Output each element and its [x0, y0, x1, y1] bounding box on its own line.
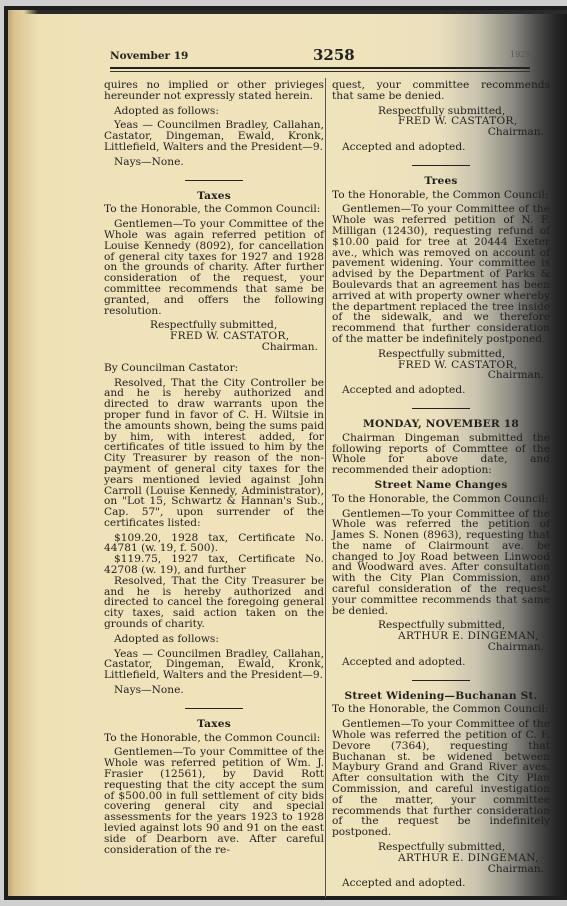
- section-separator: [412, 408, 470, 409]
- closing: Respectfully submitted,: [332, 349, 550, 360]
- date-heading: MONDAY, NOVEMBER 18: [332, 419, 550, 430]
- report-body: Gentlemen—To your Committee of the Whole…: [332, 204, 550, 344]
- vote-nays: Nays—None.: [104, 685, 324, 696]
- salutation: To the Honorable, the Common Council:: [332, 704, 550, 715]
- paragraph: Adopted as follows:: [104, 106, 324, 117]
- book-binding-edge: [8, 10, 38, 896]
- accepted-note: Accepted and adopted.: [332, 385, 550, 396]
- vote-nays: Nays—None.: [104, 157, 324, 168]
- vote-yeas: Yeas — Councilmen Bradley, Callahan, Cas…: [104, 120, 324, 152]
- section-separator: [412, 165, 470, 166]
- signer-title: Chairman.: [332, 864, 550, 875]
- section-heading: Taxes: [104, 719, 324, 730]
- certificate-line: $109.20, 1928 tax, Certificate No. 44781…: [104, 533, 324, 555]
- section-separator: [185, 180, 243, 181]
- salutation: To the Honorable, the Common Council:: [104, 204, 324, 215]
- left-column: quires no implied or other privieges her…: [104, 80, 324, 859]
- vote-yeas: Yeas — Councilmen Bradley, Callahan, Cas…: [104, 649, 324, 681]
- accepted-note: Accepted and adopted.: [332, 142, 550, 153]
- page-number: 3258: [313, 46, 355, 64]
- section-heading: Street Widening—Buchanan St.: [332, 691, 550, 702]
- signer-title: Chairman.: [104, 342, 324, 353]
- intro-paragraph: Chairman Dingeman submitted the followin…: [332, 433, 550, 476]
- salutation: To the Honorable, the Common Council:: [332, 190, 550, 201]
- salutation: To the Honorable, the Common Council:: [104, 733, 324, 744]
- signer-title: Chairman.: [332, 127, 550, 138]
- report-body: Gentlemen—To your Committee of the Whole…: [104, 747, 324, 855]
- accepted-note: Accepted and adopted.: [332, 878, 550, 889]
- header-year: 1929: [510, 50, 530, 59]
- signer-name: ARTHUR E. DINGEMAN,: [332, 853, 550, 864]
- paragraph: quires no implied or other privieges her…: [104, 80, 324, 102]
- page-header: November 19 3258 1929: [110, 46, 530, 64]
- signer-title: Chairman.: [332, 642, 550, 653]
- header-date: November 19: [110, 50, 188, 62]
- header-rule-thin: [110, 71, 530, 72]
- salutation: To the Honorable, the Common Council:: [332, 494, 550, 505]
- right-column: quest, your committee recommends that sa…: [332, 80, 550, 893]
- section-heading: Trees: [332, 176, 550, 187]
- section-heading: Taxes: [104, 191, 324, 202]
- certificate-line: $119.75, 1927 tax, Certificate No. 42708…: [104, 554, 324, 576]
- section-separator: [412, 680, 470, 681]
- page-top-edge: [8, 10, 567, 14]
- paragraph: quest, your committee recommends that sa…: [332, 80, 550, 102]
- header-rule-thick: [110, 67, 530, 69]
- by-line: By Councilman Castator:: [104, 363, 324, 374]
- report-body: Gentlemen—To your Committee of the Whole…: [332, 509, 550, 617]
- resolution: Resolved, That the City Controller be an…: [104, 378, 324, 529]
- section-separator: [185, 708, 243, 709]
- column-divider: [325, 78, 326, 898]
- report-body: Gentlemen—To your Committee of the Whole…: [104, 219, 324, 316]
- accepted-note: Accepted and adopted.: [332, 657, 550, 668]
- paragraph: Adopted as follows:: [104, 634, 324, 645]
- signer-title: Chairman.: [332, 370, 550, 381]
- report-body: Gentlemen—To your Committee of the Whole…: [332, 719, 550, 838]
- resolution: Resolved, That the City Treasurer be and…: [104, 576, 324, 630]
- section-heading: Street Name Changes: [332, 480, 550, 491]
